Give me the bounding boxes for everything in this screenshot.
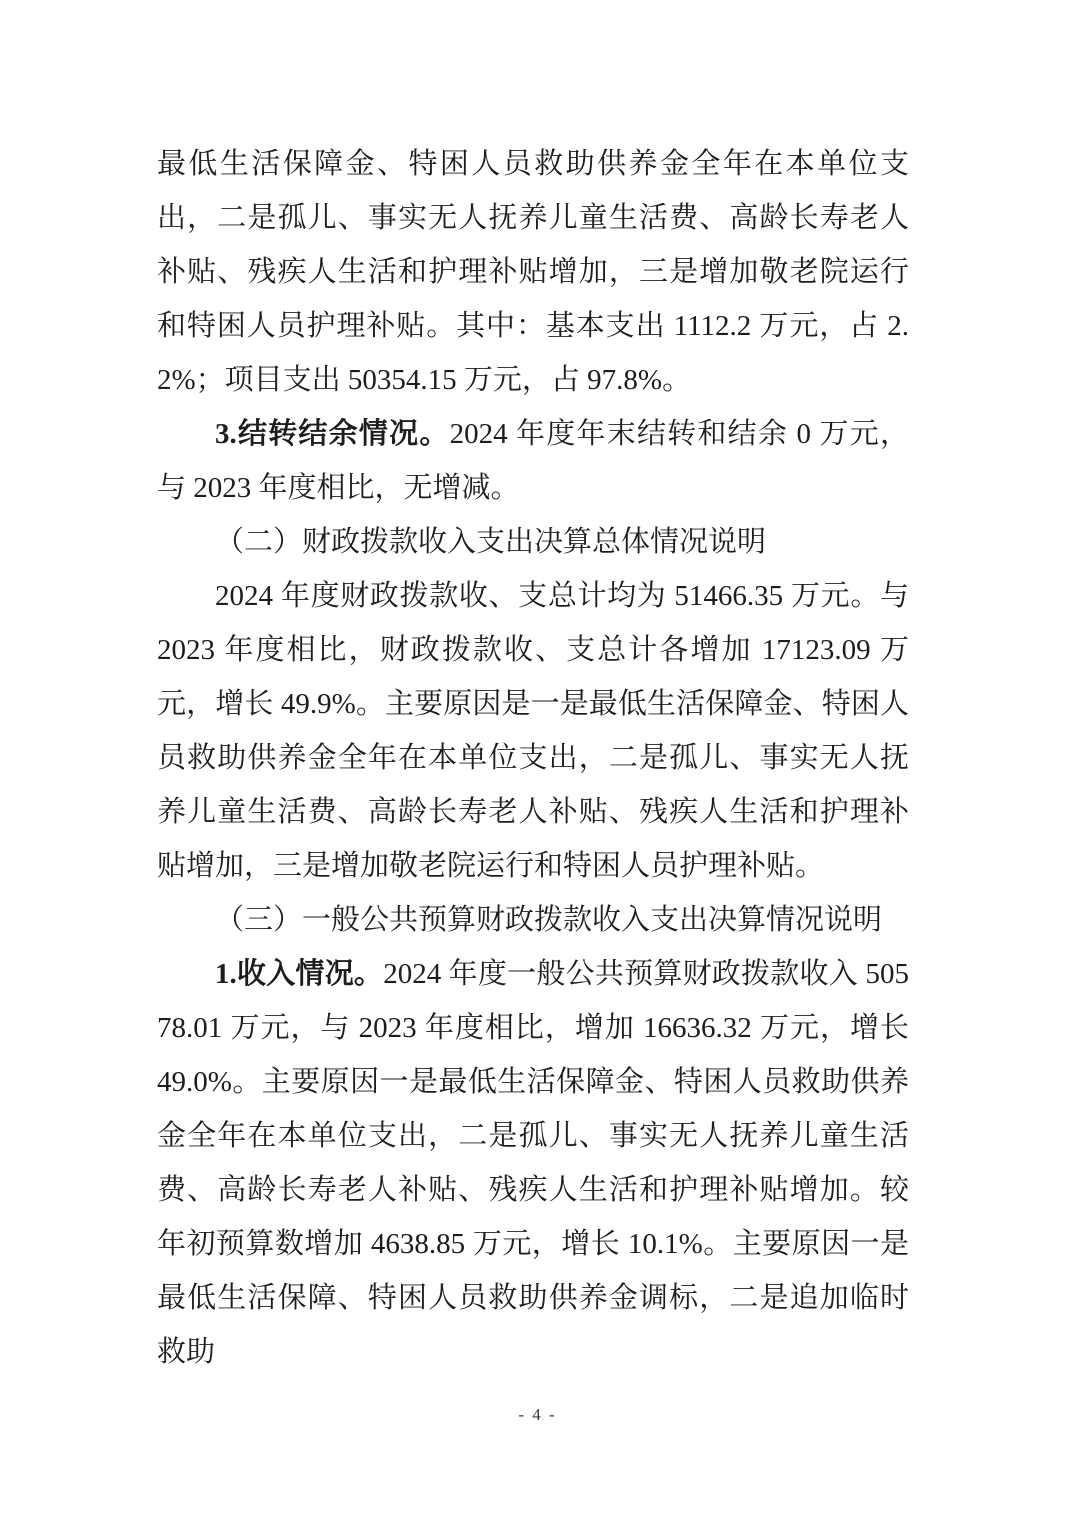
page-footer: - 4 -: [0, 1402, 1075, 1428]
paragraph-carryover-balance: 3.结转结余情况。2024 年度年末结转和结余 0 万元，与 2023 年度相比…: [157, 407, 909, 515]
paragraph-income-situation: 1.收入情况。2024 年度一般公共预算财政拨款收入 50578.01 万元，与…: [157, 947, 909, 1379]
paragraph-text: 最低生活保障金、特困人员救助供养金全年在本单位支出，二是孤儿、事实无人抚养儿童生…: [157, 148, 909, 396]
paragraph-fiscal-appropriation-overview: 2024 年度财政拨款收、支总计均为 51466.35 万元。与 2023 年度…: [157, 569, 909, 893]
section-heading-text: （二）财政拨款收入支出决算总体情况说明: [215, 526, 766, 558]
section-heading-3: （三）一般公共预算财政拨款收入支出决算情况说明: [157, 893, 909, 947]
document-body: 最低生活保障金、特困人员救助供养金全年在本单位支出，二是孤儿、事实无人抚养儿童生…: [157, 137, 909, 1379]
section-heading-text: （三）一般公共预算财政拨款收入支出决算情况说明: [215, 904, 882, 936]
page-number: - 4 -: [518, 1405, 556, 1424]
paragraph-continuation: 最低生活保障金、特困人员救助供养金全年在本单位支出，二是孤儿、事实无人抚养儿童生…: [157, 137, 909, 407]
document-page: 最低生活保障金、特困人员救助供养金全年在本单位支出，二是孤儿、事实无人抚养儿童生…: [0, 0, 1075, 1520]
section-heading-2: （二）财政拨款收入支出决算总体情况说明: [157, 515, 909, 569]
paragraph-lead: 1.收入情况。: [215, 958, 383, 990]
paragraph-lead: 3.结转结余情况。: [215, 418, 450, 450]
paragraph-text: 2024 年度一般公共预算财政拨款收入 50578.01 万元，与 2023 年…: [157, 958, 909, 1368]
paragraph-text: 2024 年度财政拨款收、支总计均为 51466.35 万元。与 2023 年度…: [157, 580, 909, 882]
